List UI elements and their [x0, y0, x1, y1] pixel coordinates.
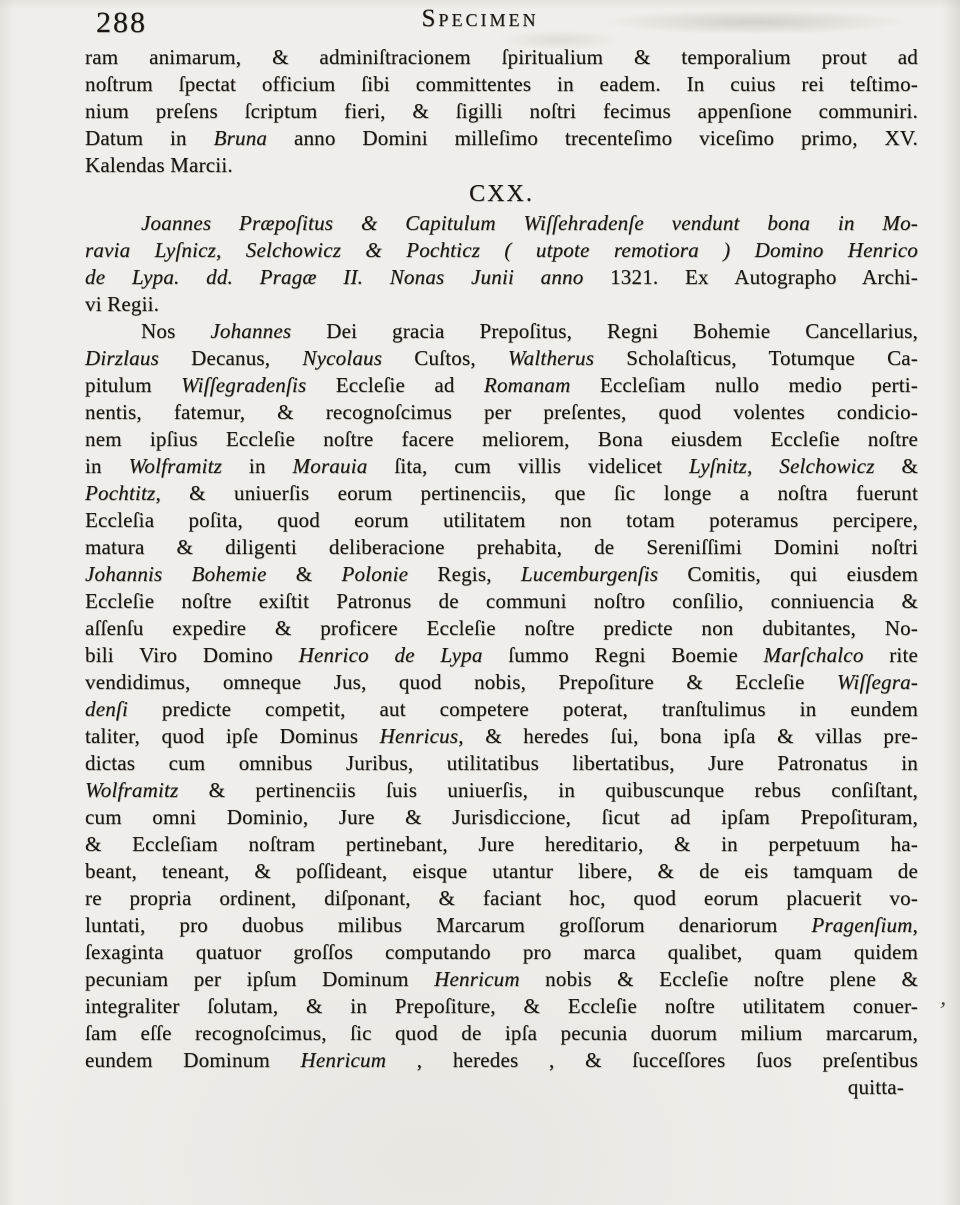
roman-text: in: [222, 454, 293, 478]
roman-text: in: [85, 454, 129, 478]
italic-text: Polonie: [341, 562, 408, 586]
text-column: ram animarum, & adminiſtracionem ſpiritu…: [85, 44, 918, 1101]
summary-paragraph: Joannes Præpoſitus & Capitulum Wiſſehrad…: [85, 210, 918, 318]
italic-text: Wiſſegra-: [837, 670, 918, 694]
text-line: aſſenſu expedire & proficere Eccleſie no…: [85, 615, 918, 642]
text-line: denſi predicte competit, aut competere p…: [85, 696, 918, 723]
italic-text: Wiſſegradenſis: [181, 373, 306, 397]
roman-text: ſita, cum villis videlicet: [367, 454, 689, 478]
text-line: matura & diligenti deliberacione prehabi…: [85, 534, 918, 561]
roman-text: cum omni Dominio, Jure & Jurisdiccione, …: [85, 805, 918, 829]
italic-text: Marſchalco: [764, 643, 864, 667]
italic-text: Henricus: [380, 724, 459, 748]
roman-text: taliter, quod ipſe Dominus: [85, 724, 380, 748]
roman-text: ,: [747, 454, 779, 478]
text-line: Kalendas Marcii.: [85, 152, 918, 179]
text-line: cum omni Dominio, Jure & Jurisdiccione, …: [85, 804, 918, 831]
text-line: Joannes Præpoſitus & Capitulum Wiſſehrad…: [85, 210, 918, 237]
roman-text: Nos: [141, 319, 210, 343]
italic-text: Wolframitz: [85, 778, 178, 802]
italic-text: Johannes: [210, 319, 291, 343]
italic-text: Waltherus: [508, 346, 594, 370]
roman-text: nentis, fatemur, & recognoſcimus per pre…: [85, 400, 918, 424]
italic-text: Pochtitz: [85, 481, 155, 505]
text-line: integraliter ſolutam, & in Prepoſiture, …: [85, 993, 918, 1020]
roman-text: aſſenſu expedire & proficere Eccleſie no…: [85, 616, 918, 640]
text-line: vi Regii.: [85, 291, 918, 318]
roman-text: re propria ordinent, diſponant, & facian…: [85, 886, 918, 910]
text-line: vendidimus, omneque Jus, quod nobis, Pre…: [85, 669, 918, 696]
text-line: Eccleſie noſtre exiſtit Patronus de comm…: [85, 588, 918, 615]
italic-text: Pragenſium: [811, 913, 912, 937]
roman-text: ,: [913, 913, 918, 937]
roman-text: integraliter ſolutam, & in Prepoſiture, …: [85, 994, 918, 1018]
text-line: Wolframitz & pertinenciis ſuis uniuerſis…: [85, 777, 918, 804]
italic-text: Bruna: [214, 126, 268, 150]
italic-text: Selchowicz: [779, 454, 874, 478]
roman-text: , heredes , & ſucceſſores ſuos preſentib…: [386, 1048, 918, 1072]
italic-text: Henrico de Lypa: [299, 643, 483, 667]
italic-text: Wolframitz: [129, 454, 222, 478]
roman-text: nem ipſius Eccleſie noſtre facere melior…: [85, 427, 918, 451]
roman-text: Datum in: [85, 126, 214, 150]
roman-text: , & heredes ſui, bona ipſa & villas pre-: [458, 724, 918, 748]
roman-text: ſexaginta quatuor groſſos computando pro…: [85, 940, 918, 964]
text-line: Eccleſia poſita, quod eorum utilitatem n…: [85, 507, 918, 534]
italic-text: ravia Lyſnicz, Selchowicz & Pochticz ( u…: [85, 238, 918, 262]
text-line: bili Viro Domino Henrico de Lypa ſummo R…: [85, 642, 918, 669]
roman-text: 1321. Ex Autographo Archi-: [610, 265, 918, 289]
roman-text: matura & diligenti deliberacione prehabi…: [85, 535, 918, 559]
roman-text: Eccleſiam nullo medio perti-: [570, 373, 918, 397]
text-line: pecuniam per ipſum Dominum Henricum nobi…: [85, 966, 918, 993]
running-header: Specimen: [0, 4, 960, 34]
text-line: eundem Dominum Henricum , heredes , & ſu…: [85, 1047, 918, 1074]
intro-paragraph: ram animarum, & adminiſtracionem ſpiritu…: [85, 44, 918, 179]
roman-text: Regis,: [408, 562, 521, 586]
text-line: ſam eſſe recognoſcimus, ſic quod de ipſa…: [85, 1020, 918, 1047]
roman-text: pecuniam per ipſum Dominum: [85, 967, 434, 991]
roman-text: &: [875, 454, 918, 478]
roman-text: Decanus,: [159, 346, 302, 370]
roman-text: nium preſens ſcriptum fieri, & ſigilli n…: [85, 99, 918, 123]
section-heading: CXX.: [85, 179, 918, 210]
roman-text: bili Viro Domino: [85, 643, 299, 667]
body-paragraph: Nos Johannes Dei gracia Prepoſitus, Regn…: [85, 318, 918, 1074]
roman-text: Eccleſia poſita, quod eorum utilitatem n…: [85, 508, 918, 532]
text-line: nentis, fatemur, & recognoſcimus per pre…: [85, 399, 918, 426]
italic-text: denſi: [85, 697, 128, 721]
text-line: Nos Johannes Dei gracia Prepoſitus, Regn…: [85, 318, 918, 345]
italic-text: Henricum: [301, 1048, 387, 1072]
text-line: Dirzlaus Decanus, Nycolaus Cuſtos, Walth…: [85, 345, 918, 372]
text-line: luntati, pro duobus milibus Marcarum gro…: [85, 912, 918, 939]
roman-text: vi Regii.: [85, 292, 159, 316]
text-line: nium preſens ſcriptum fieri, & ſigilli n…: [85, 98, 918, 125]
roman-text: rite: [864, 643, 918, 667]
roman-text: Cuſtos,: [382, 346, 508, 370]
roman-text: pitulum: [85, 373, 181, 397]
roman-text: & Eccleſiam noſtram pertinebant, Jure he…: [85, 832, 918, 856]
italic-text: Romanam: [484, 373, 571, 397]
text-line: noſtrum ſpectat officium ſibi committent…: [85, 71, 918, 98]
roman-text: Scholaſticus, Totumque Ca-: [594, 346, 918, 370]
text-line: nem ipſius Eccleſie noſtre facere melior…: [85, 426, 918, 453]
text-line: beant, teneant, & poſſideant, eisque uta…: [85, 858, 918, 885]
roman-text: ſam eſſe recognoſcimus, ſic quod de ipſa…: [85, 1021, 918, 1045]
italic-text: Henricum: [434, 967, 520, 991]
text-line: re propria ordinent, diſponant, & facian…: [85, 885, 918, 912]
italic-text: Johannis Bohemie: [85, 562, 267, 586]
roman-text: vendidimus, omneque Jus, quod nobis, Pre…: [85, 670, 837, 694]
text-line: Pochtitz, & uniuerſis eorum pertinenciis…: [85, 480, 918, 507]
text-line: de Lypa. dd. Pragæ II. Nonas Junii anno …: [85, 264, 918, 291]
roman-text: ſummo Regni Boemie: [483, 643, 764, 667]
italic-text: Nycolaus: [302, 346, 382, 370]
text-line: ſexaginta quatuor groſſos computando pro…: [85, 939, 918, 966]
roman-text: beant, teneant, & poſſideant, eisque uta…: [85, 859, 918, 883]
roman-text: eundem Dominum: [85, 1048, 301, 1072]
text-line: Johannis Bohemie & Polonie Regis, Lucemb…: [85, 561, 918, 588]
roman-text: nobis & Eccleſie noſtre plene &: [520, 967, 918, 991]
roman-text: Dei gracia Prepoſitus, Regni Bohemie Can…: [291, 319, 918, 343]
italic-text: Lucemburgenſis: [521, 562, 658, 586]
text-line: taliter, quod ipſe Dominus Henricus, & h…: [85, 723, 918, 750]
text-line: ram animarum, & adminiſtracionem ſpiritu…: [85, 44, 918, 71]
roman-text: Eccleſie ad: [306, 373, 484, 397]
catchword: quitta-: [85, 1074, 918, 1101]
roman-text: Kalendas Marcii.: [85, 153, 233, 177]
italic-text: Morauia: [293, 454, 368, 478]
italic-text: Lyſnitz: [689, 454, 747, 478]
text-line: dictas cum omnibus Juribus, utilitatibus…: [85, 750, 918, 777]
italic-text: Dirzlaus: [85, 346, 159, 370]
italic-text: de Lypa. dd. Pragæ II. Nonas Junii anno: [85, 265, 610, 289]
text-line: in Wolframitz in Morauia ſita, cum villi…: [85, 453, 918, 480]
roman-text: predicte competit, aut competere poterat…: [128, 697, 918, 721]
text-line: & Eccleſiam noſtram pertinebant, Jure he…: [85, 831, 918, 858]
roman-text: luntati, pro duobus milibus Marcarum gro…: [85, 913, 811, 937]
scanned-page: 288 Specimen ram animarum, & adminiſtrac…: [0, 0, 960, 1205]
roman-text: noſtrum ſpectat officium ſibi committent…: [85, 72, 918, 96]
roman-text: & pertinenciis ſuis uniuerſis, in quibus…: [178, 778, 918, 802]
margin-mark: ’: [936, 998, 948, 1026]
roman-text: Comitis, qui eiusdem: [658, 562, 918, 586]
roman-text: ram animarum, & adminiſtracionem ſpiritu…: [85, 45, 918, 69]
text-line: pitulum Wiſſegradenſis Eccleſie ad Roman…: [85, 372, 918, 399]
italic-text: Joannes Præpoſitus & Capitulum Wiſſehrad…: [141, 211, 918, 235]
text-line: ravia Lyſnicz, Selchowicz & Pochticz ( u…: [85, 237, 918, 264]
roman-text: &: [267, 562, 342, 586]
roman-text: Eccleſie noſtre exiſtit Patronus de comm…: [85, 589, 918, 613]
roman-text: anno Domini milleſimo trecenteſimo viceſ…: [267, 126, 918, 150]
roman-text: dictas cum omnibus Juribus, utilitatibus…: [85, 751, 918, 775]
roman-text: , & uniuerſis eorum pertinenciis, que ſi…: [155, 481, 918, 505]
text-line: Datum in Bruna anno Domini milleſimo tre…: [85, 125, 918, 152]
